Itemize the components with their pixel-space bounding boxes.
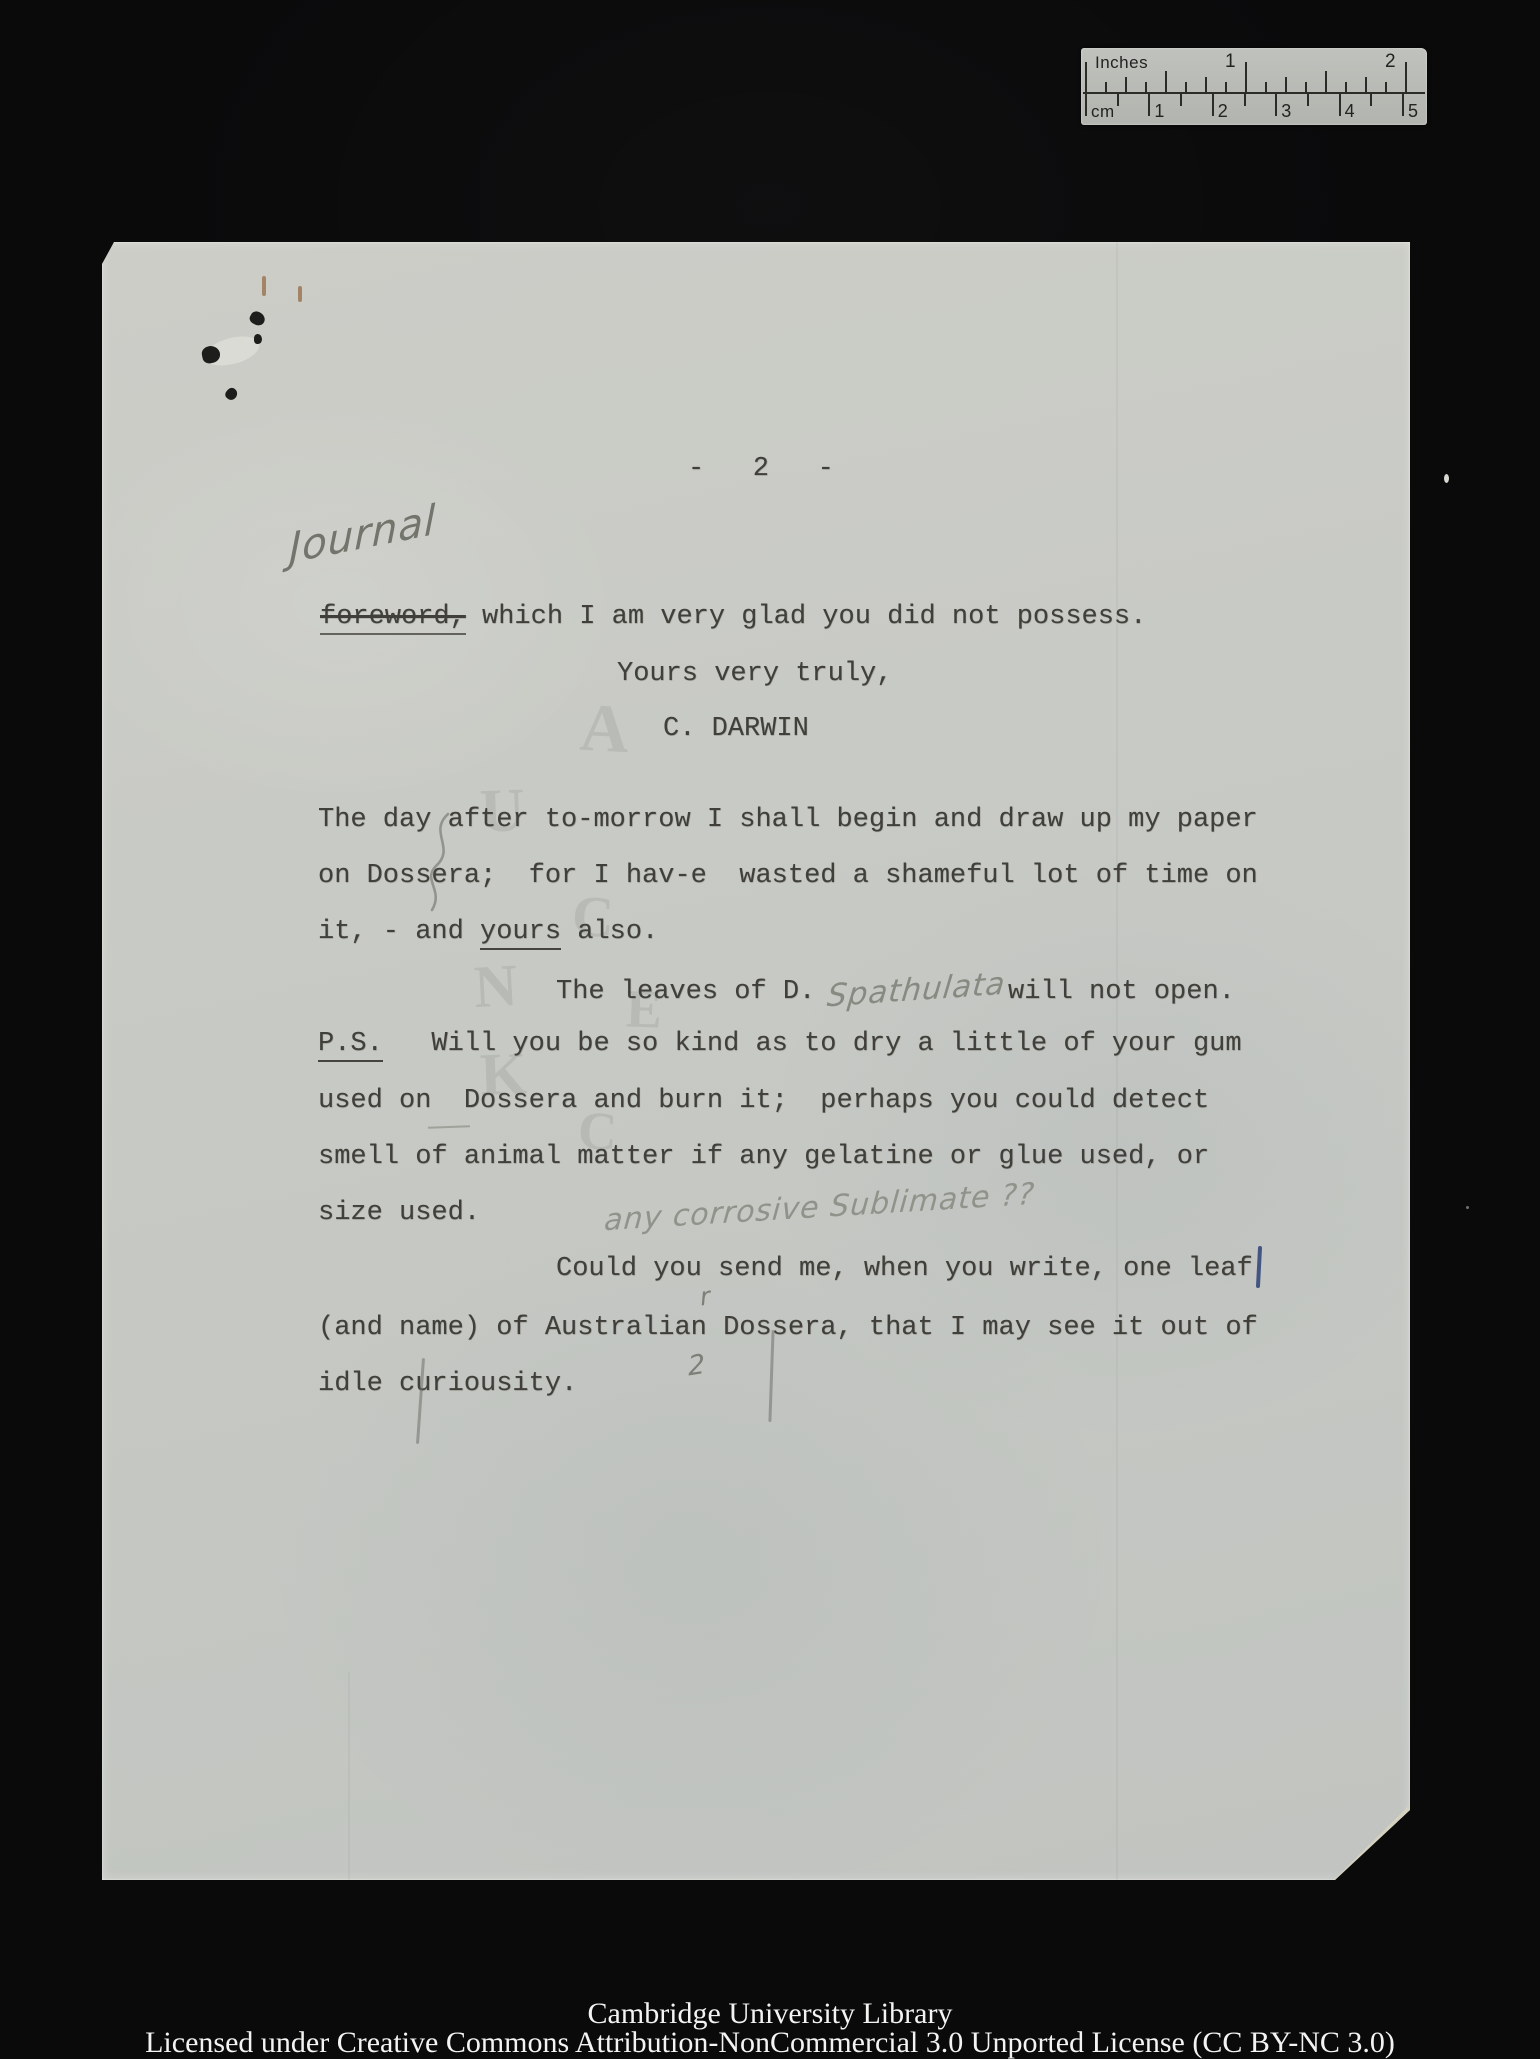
typed-segment: (and name) of Australian Dossera, that I…: [318, 1313, 1258, 1343]
ruler-tick: [1085, 93, 1087, 116]
ruler-tick: [1085, 62, 1087, 92]
ruler-tick: [1325, 71, 1327, 92]
typed-segment: yours: [480, 917, 561, 950]
typed-segment: P.S.: [318, 1029, 383, 1062]
ruler-tick: [1405, 62, 1407, 92]
typed-segment: it, - and: [318, 917, 480, 947]
typed-segment: The leaves of D.: [556, 977, 831, 1007]
typed-line: foreword, which I am very glad you did n…: [320, 600, 1146, 634]
paper-crease: [1116, 242, 1118, 1880]
typed-segment: Yours very truly,: [617, 659, 892, 689]
ruler-tick: [1365, 77, 1367, 92]
typed-line: P.S. Will you be so kind as to dry a lit…: [318, 1027, 1242, 1061]
typed-line: Yours very truly,: [617, 657, 892, 691]
ruler-cm-label: cm: [1091, 102, 1115, 122]
typed-segment: Spathulata: [826, 967, 1008, 1014]
ruler-tick: [1105, 82, 1107, 92]
typed-segment: Will you be so kind as to dry a little o…: [383, 1029, 1242, 1059]
ruler-inch-number: 1: [1225, 51, 1236, 73]
typed-line: Could you send me, when you write, one l…: [556, 1252, 1253, 1286]
ruler-tick: [1244, 93, 1246, 106]
typed-segment: size used.: [318, 1198, 480, 1228]
typed-segment: C. DARWIN: [663, 714, 809, 744]
typed-segment: idle curiousity.: [318, 1369, 577, 1399]
ink-spot: [223, 386, 239, 402]
typed-segment: smell of animal matter if any gelatine o…: [318, 1142, 1209, 1172]
pencil-squiggle: [416, 810, 462, 914]
ruler-tick: [1125, 77, 1127, 92]
page-number: - 2 -: [688, 452, 834, 486]
letter-paper: A U C N E K C: [102, 242, 1410, 1880]
typed-line: used on Dossera and burn it; perhaps you…: [318, 1084, 1209, 1118]
ruler-inches-label: Inches: [1095, 53, 1148, 73]
dust-speck: [1444, 474, 1449, 483]
ruler-tick: [1185, 82, 1187, 92]
typed-segment: Could you send me, when you write, one l…: [556, 1254, 1253, 1284]
ruler-tick: [1265, 82, 1267, 92]
ruler-tick: [1345, 82, 1347, 92]
ruler-tick: [1117, 93, 1119, 106]
handwritten-mark-2: 2: [687, 1349, 707, 1383]
typed-line: it, - and yours also.: [318, 915, 658, 949]
ruler-cm-number: 1: [1154, 101, 1164, 122]
dust-speck: [1466, 1206, 1469, 1209]
ruler-tick: [1305, 82, 1307, 92]
typed-line: smell of animal matter if any gelatine o…: [318, 1140, 1209, 1174]
ruler-cm-number: 3: [1281, 101, 1291, 122]
ink-spot: [248, 309, 267, 328]
ruler-tick: [1225, 82, 1227, 92]
watermark-letter: N: [472, 955, 518, 1017]
typed-line: size used.: [318, 1196, 480, 1230]
typed-segment: will not open.: [1008, 977, 1235, 1007]
typed-line: (and name) of Australian Dossera, that I…: [318, 1311, 1258, 1345]
typed-segment: also.: [561, 917, 658, 947]
ruler-tick: [1212, 93, 1214, 116]
typed-segment: used on Dossera and burn it; perhaps you…: [318, 1086, 1209, 1116]
ink-spot: [254, 334, 262, 344]
typed-segment: which I am very glad you did not possess…: [466, 602, 1147, 632]
typed-segment: foreword,: [320, 602, 466, 635]
ruler-cm-number: 4: [1345, 101, 1355, 122]
scanned-letter-page: 12 12345 Inches cm A U C N E K C - 2 - f…: [0, 0, 1540, 2059]
ruler-tick: [1339, 93, 1341, 116]
ruler-tick: [1285, 77, 1287, 92]
ruler-inch-number: 2: [1385, 51, 1396, 73]
typed-line: C. DARWIN: [663, 712, 809, 746]
ruler-tick: [1275, 93, 1277, 116]
ruler-tick: [1402, 93, 1404, 116]
ruler-cm-number: 2: [1218, 101, 1228, 122]
typed-line: The leaves of D. Spathulatawill not open…: [556, 971, 1235, 1009]
ruler-tick: [1370, 93, 1372, 106]
typed-line: idle curiousity.: [318, 1367, 577, 1401]
folded-corner: [1327, 1798, 1410, 1880]
ruler-tick: [1180, 93, 1182, 106]
ruler-midline: [1083, 92, 1425, 94]
ruler-tick: [1307, 93, 1309, 106]
license-text: Licensed under Creative Commons Attribut…: [0, 2026, 1540, 2059]
watermark-letter: A: [578, 693, 631, 763]
ruler-tick: [1145, 82, 1147, 92]
rust-mark: [262, 276, 266, 296]
ruler-tick: [1245, 62, 1247, 92]
ruler-cm-number: 5: [1408, 101, 1418, 122]
paper-crease: [348, 1672, 350, 1880]
rust-mark: [298, 286, 302, 302]
ruler-tick: [1148, 93, 1150, 116]
ruler-tick: [1165, 71, 1167, 92]
ruler-tick: [1205, 77, 1207, 92]
ruler-tick: [1385, 82, 1387, 92]
measurement-ruler: 12 12345 Inches cm: [1081, 48, 1427, 125]
